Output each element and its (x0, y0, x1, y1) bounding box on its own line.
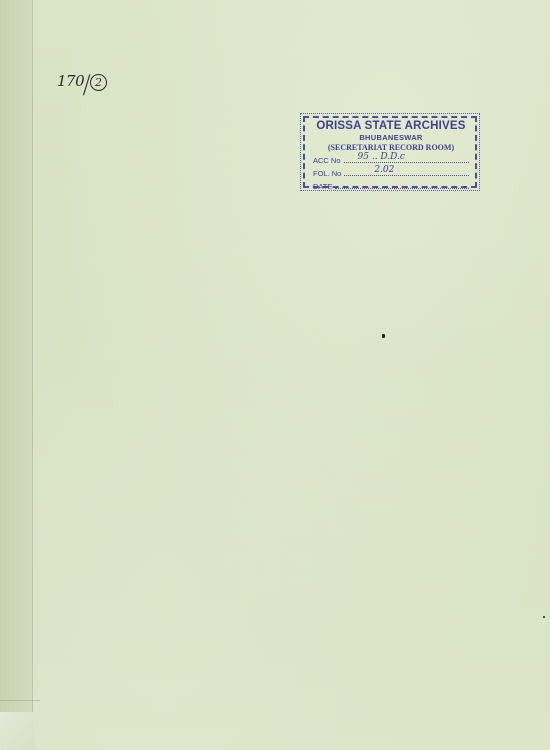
date-label: DATE (313, 181, 332, 192)
stamp-field-date: DATE (313, 179, 469, 192)
circled-number: 2 (90, 74, 107, 91)
paper-fold (0, 700, 40, 701)
reference-number: 170 (57, 72, 84, 90)
document-page: 170/2 ORISSA STATE ARCHIVES BHUBANESWAR … (0, 0, 550, 750)
ink-speck (382, 334, 385, 338)
folded-corner (0, 712, 35, 750)
stamp-city: BHUBANESWAR (313, 133, 469, 142)
stamp-title: ORISSA STATE ARCHIVES (313, 120, 469, 133)
archive-stamp: ORISSA STATE ARCHIVES BHUBANESWAR (SECRE… (303, 116, 477, 188)
handwritten-reference: 170/2 (57, 72, 107, 91)
binding-edge (0, 0, 33, 750)
fol-value: 2.02 (374, 165, 394, 176)
ink-speck (543, 616, 545, 618)
stamp-field-fol: FOL. No 2.02 (313, 166, 469, 179)
acc-label: ACC No (313, 155, 341, 166)
acc-value: 95 .. D.D.c (358, 152, 405, 163)
slash-mark: / (84, 69, 89, 100)
fol-label: FOL. No (313, 168, 341, 179)
